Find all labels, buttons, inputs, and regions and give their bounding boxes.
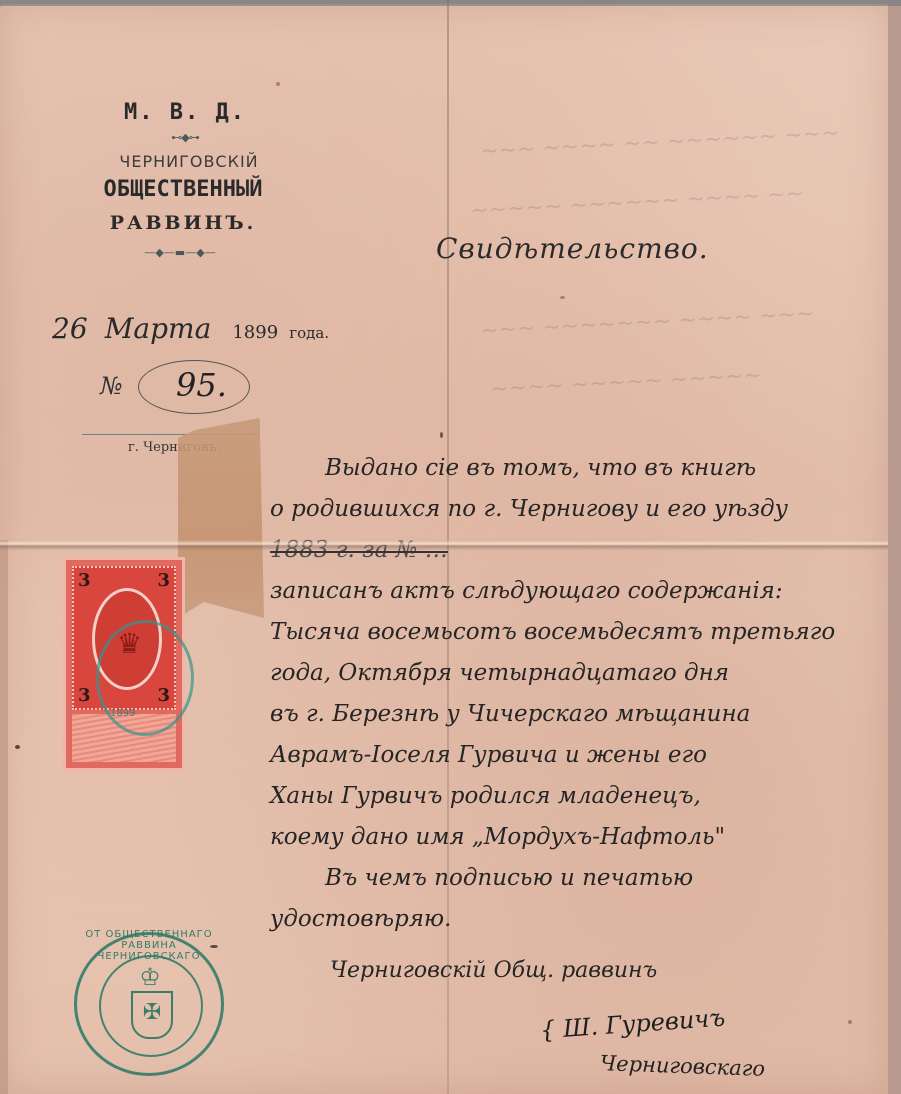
issuer-public: ОБЩЕСТВЕННЫЙ (36, 177, 330, 202)
number-value: 95. (176, 366, 227, 404)
issuer-city: ЧЕРНИГОВСКІЙ (48, 152, 330, 171)
body-line: года, Октября четырнадцатаго дня (270, 653, 890, 694)
body-line: удостовѣряю. (270, 899, 890, 940)
ink-speck (210, 945, 218, 948)
paper-left-edge (0, 540, 8, 1094)
paper-speck (848, 1020, 852, 1024)
body-line: Ханы Гурвичъ родился младенецъ, (270, 776, 890, 817)
scan-top-edge (0, 0, 901, 6)
coat-of-arms-icon: ✠ (131, 991, 173, 1039)
body-line: записанъ актъ слѣдующаго содержанія: (270, 571, 890, 612)
horizontal-fold-line (0, 540, 888, 550)
stamp-denomination: 3 (157, 570, 170, 591)
paper-speck (560, 296, 565, 299)
date-suffix: года. (289, 324, 329, 342)
official-seal: ОТ ОБЩЕСТВЕННАГО РАВВИНА ЧЕРНИГОВСКАГО ♔… (74, 932, 224, 1076)
body-line: Выдано сіе въ томъ, что въ книгѣ (270, 448, 890, 489)
body-line: Аврамъ-Іоселя Гурвича и жены его (270, 735, 890, 776)
date-day: 26 (52, 312, 88, 345)
ornament-divider: ⊷◆⊶ (40, 131, 330, 144)
date-year: 1899 (232, 322, 278, 343)
stamp-denomination: 3 (78, 570, 91, 591)
ink-speck (440, 432, 443, 438)
date-month: Марта (105, 312, 212, 345)
body-line: Въ чемъ подписью и печатью (270, 858, 890, 899)
repair-tape (178, 418, 264, 618)
body-line: о родившихся по г. Чернигову и его уѣзду (270, 489, 890, 530)
document-number: № 95. (100, 360, 260, 420)
seal-inner-ring: ♔ ✠ (99, 955, 203, 1057)
body-line-struck: 1883 г. за № … (270, 530, 890, 571)
body-line: Тысяча восемьсотъ восемьдесятъ третьяго (270, 612, 890, 653)
ministry-abbreviation: М. В. Д. (40, 100, 330, 125)
signatory-title: Черниговскій Общ. раввинъ (330, 958, 657, 983)
certificate-body: Выдано сіе въ томъ, что въ книгѣ о родив… (270, 448, 890, 940)
paper-speck (276, 82, 280, 86)
letterhead: М. В. Д. ⊷◆⊶ ЧЕРНИГОВСКІЙ ОБЩЕСТВЕННЫЙ Р… (70, 100, 330, 259)
issuer-rabbi: РАВВИНЪ. (36, 212, 330, 234)
ornament-divider-2: —◆—▬—◆— (30, 246, 330, 259)
cancellation-date: 1899 (110, 708, 135, 719)
body-line: коему дано имя „Мордухъ-Нафтоль" (270, 817, 890, 858)
ink-speck (15, 745, 20, 749)
issue-date: 26 Марта 1899 года. (52, 312, 329, 345)
number-sign: № (100, 372, 123, 400)
body-line: въ г. Березнѣ у Чичерскаго мѣщанина (270, 694, 890, 735)
document-title: Свидѣтельство. (436, 232, 709, 265)
crown-icon: ♔ (137, 963, 163, 991)
stamp-denomination: 3 (78, 685, 91, 706)
